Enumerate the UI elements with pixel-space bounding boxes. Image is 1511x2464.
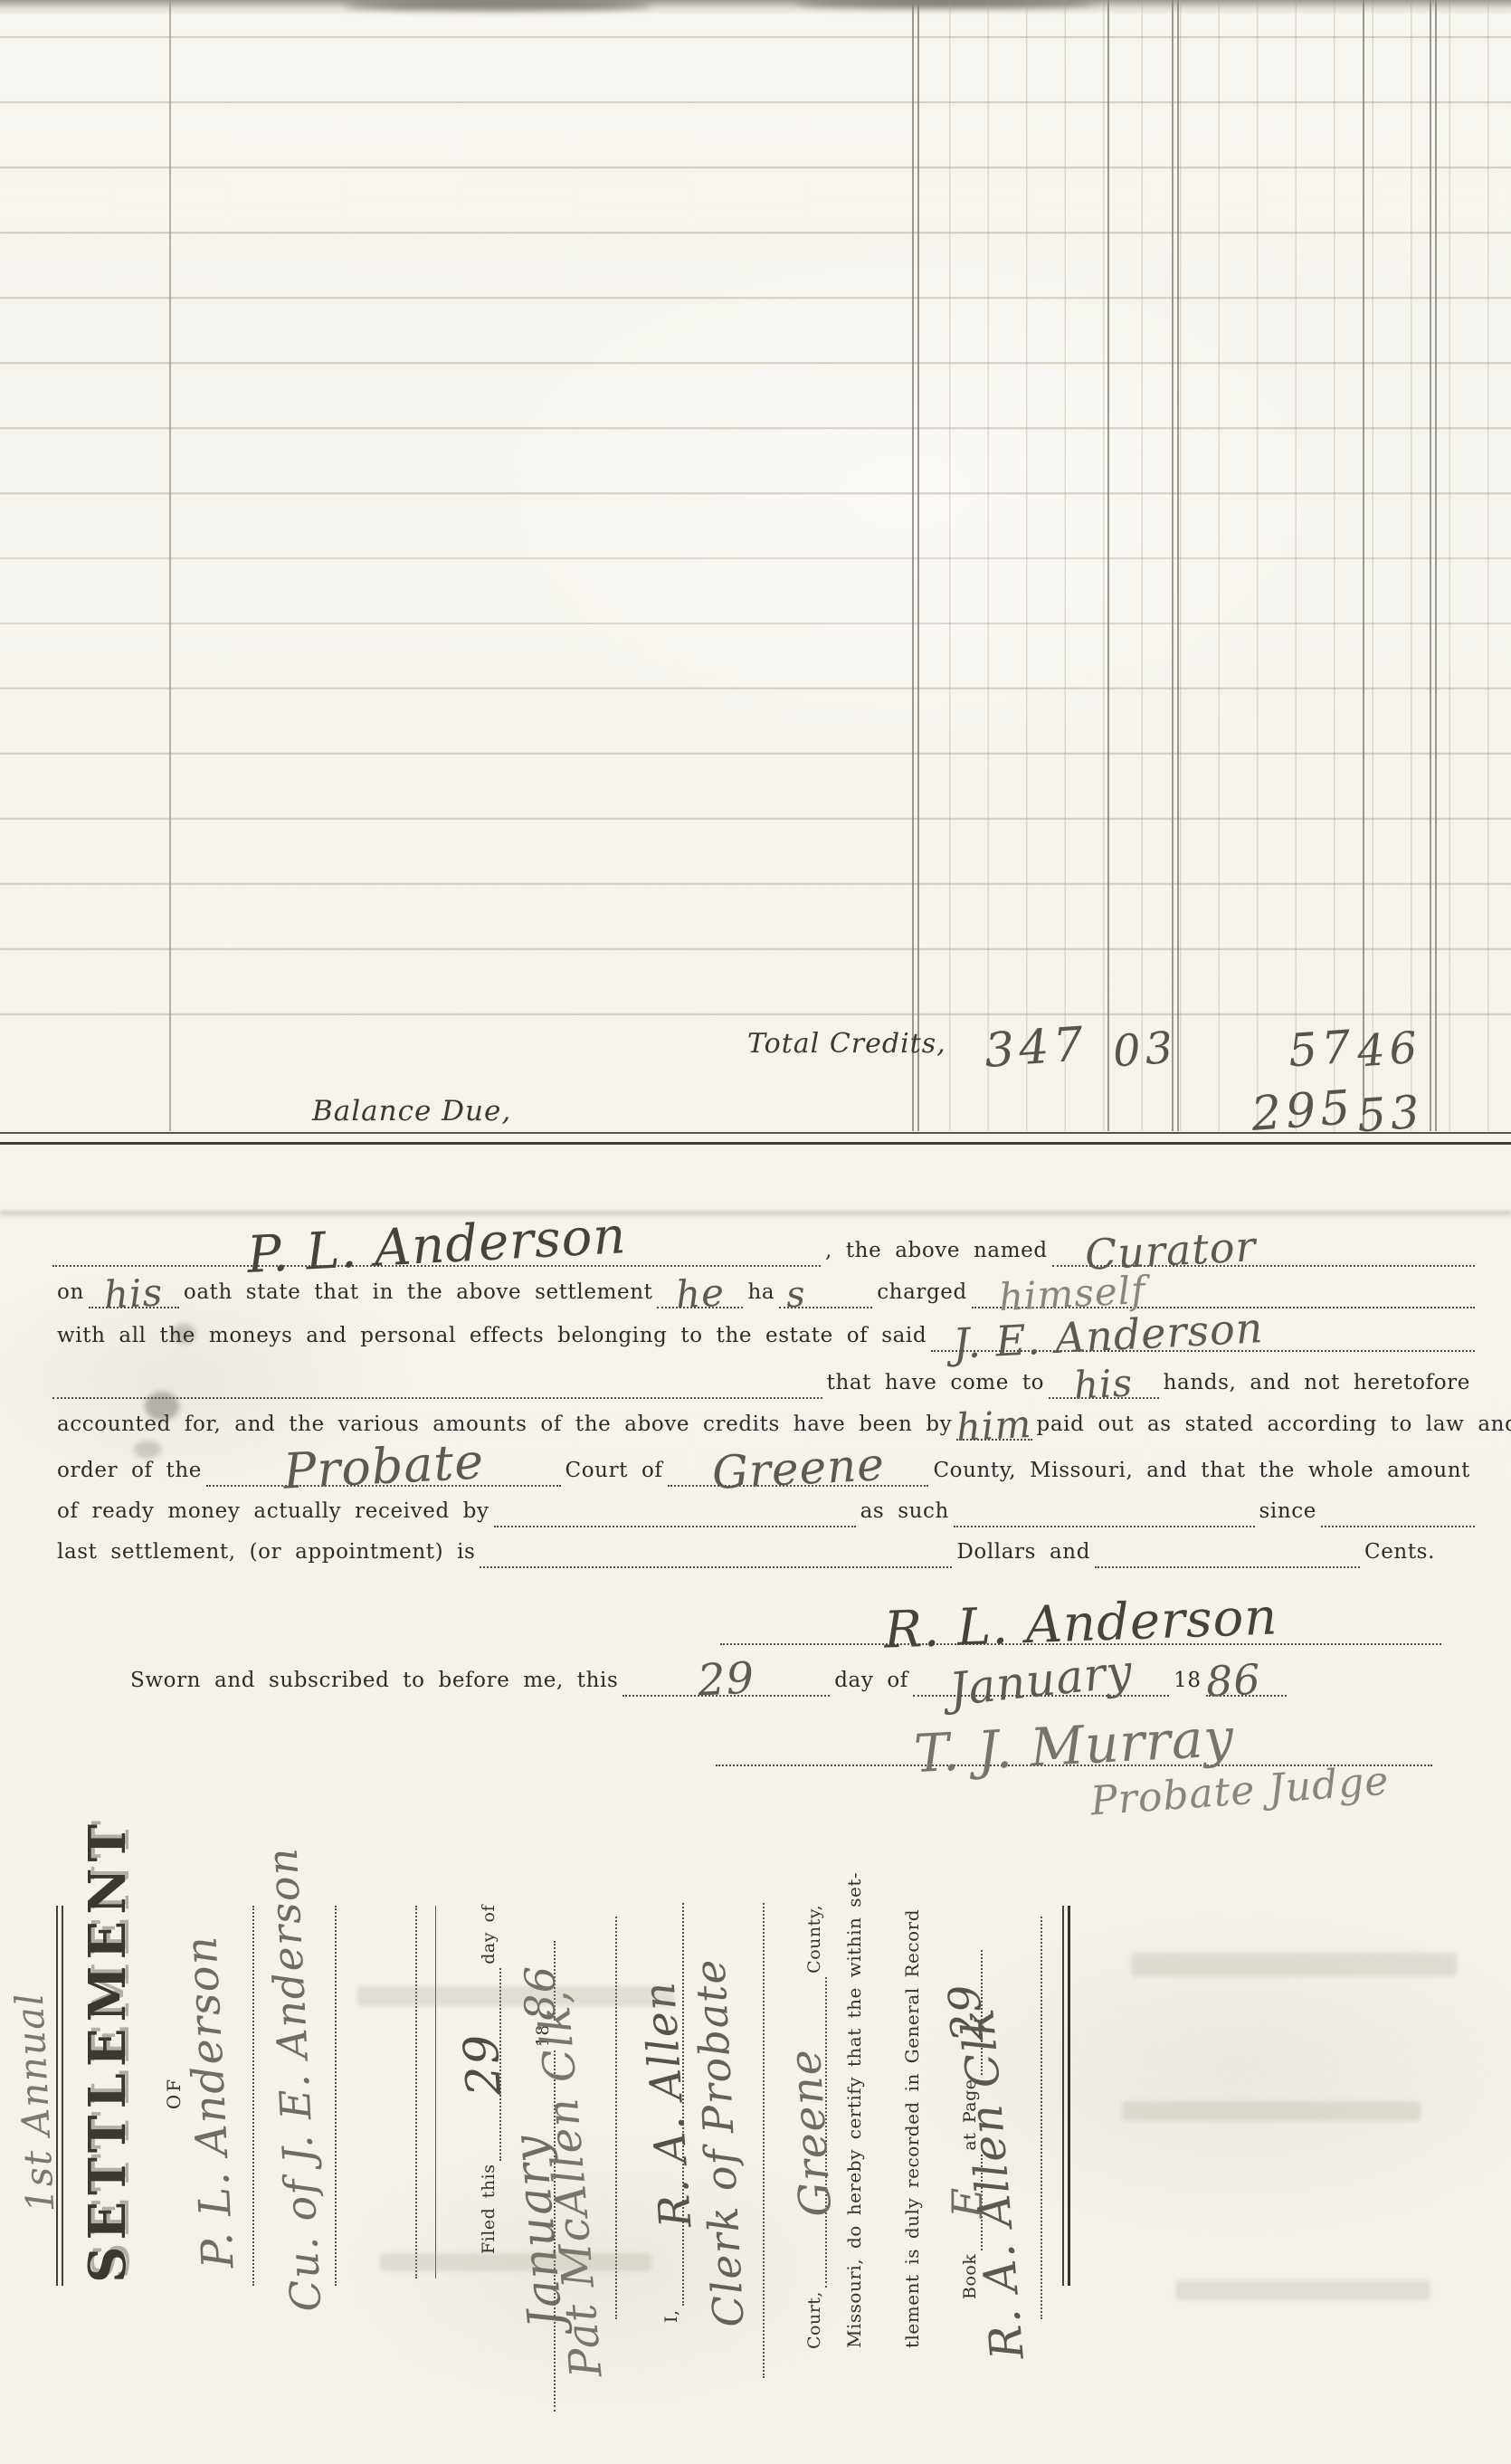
hw-docket-name-text: P. L. Anderson — [179, 1935, 240, 2270]
total-credits-col1-dollars: 347 — [983, 1017, 1089, 1079]
balance-due-dollars: 295 — [1250, 1080, 1356, 1142]
printed-day-of: day of — [830, 1669, 913, 1697]
balance-due-label: Balance Due, — [312, 1095, 511, 1127]
ledger-column-line — [1430, 0, 1431, 1131]
printed-last-settlement: last settlement, (or appointment) is — [52, 1540, 480, 1568]
hw-judge-signature: T. J. Murray — [913, 1711, 1236, 1780]
affidavit-line-1: P. L. Anderson , the above named Curator — [52, 1200, 1475, 1267]
printed-county: County, — [804, 1901, 827, 1977]
hw-annotation: 1st Annual — [16, 1930, 54, 2274]
fill-sworn-month: January — [913, 1650, 1169, 1697]
hw-sworn-year: 86 — [1204, 1658, 1261, 1702]
hw-recorder-signature-text: R. A. Allen Clk — [955, 2005, 1031, 2361]
fill-estate-name: J. E. Anderson — [931, 1308, 1475, 1352]
docket-divider-dotted — [415, 1906, 417, 2278]
dotted-fill — [1095, 1561, 1360, 1568]
balance-due-cents: 53 — [1355, 1086, 1425, 1143]
printed-sworn: Sworn and subscribed to before me, this — [126, 1669, 622, 1697]
docket-bottom-rule — [1062, 1906, 1070, 2286]
total-credits-col1-cents: 03 — [1111, 1023, 1179, 1078]
ledger-column-line — [1172, 0, 1174, 1131]
fill-judge-signature: T. J. Murray — [716, 1712, 1432, 1766]
docket-capacity-line — [335, 1906, 337, 2286]
hw-sworn-day: 29 — [697, 1656, 756, 1702]
ledger-column-line — [1363, 0, 1364, 1131]
cert-line-1: Missouri, do hereby certify that the wit… — [843, 1896, 865, 2348]
clerk-title-line — [763, 1903, 765, 2378]
docket-rotated-content: 1st Annual SETTLEMENT OF P. L. Anderson … — [27, 1858, 1086, 2464]
hw-docket-name: P. L. Anderson — [188, 1921, 232, 2283]
docket-top-rule — [56, 1906, 63, 2286]
bleed-through-mark — [1131, 1953, 1457, 1976]
affidavit-line-6: order of the Probate Court of Greene Cou… — [52, 1432, 1475, 1487]
total-credits-label: Total Credits, — [747, 1028, 946, 1060]
fill-affiant-signature: R. L. Anderson — [720, 1593, 1441, 1645]
fill-sworn-year: 86 — [1206, 1653, 1287, 1697]
bleed-through-mark — [1176, 2280, 1430, 2300]
judge-title: Probate Judge — [1090, 1772, 1390, 1812]
printed-court: Court, — [804, 2288, 827, 2353]
ledger-fine-grid — [912, 0, 1498, 1131]
fill-sworn-day: 29 — [622, 1651, 830, 1697]
bleed-through-mark — [357, 1986, 674, 2006]
fill-cert-clerk-name: R. A. Allen — [639, 1903, 684, 2306]
hw-docket-capacity-text: Cu. of J. E. Anderson — [261, 1846, 328, 2313]
printed-i: I, — [661, 2306, 684, 2326]
hw-clerk-title-text: Clerk of Probate — [689, 1957, 749, 2328]
ledger-margin-line — [169, 0, 171, 1131]
ledger-column-line — [912, 0, 914, 1131]
docket-name-line — [252, 1906, 254, 2286]
judge-signature-row: T. J. Murray — [716, 1701, 1432, 1766]
printed-century: 18 — [1169, 1669, 1205, 1697]
hw-first-annual: 1st Annual — [11, 1991, 61, 2212]
docket-title: SETTLEMENT — [78, 1894, 138, 2283]
total-credits-col2-dollars: 57 — [1287, 1021, 1356, 1078]
cert-line-2: tlement is duly recorded in General Reco… — [901, 1896, 923, 2348]
hw-recorder-signature: R. A. Allen Clk — [970, 1921, 1015, 2446]
fill-cert-county: Greene — [782, 1977, 827, 2288]
bleed-through-mark — [380, 2253, 651, 2271]
printed-filed-day-of: day of — [479, 1901, 501, 1968]
hw-cert-county: Greene — [784, 2047, 839, 2218]
sworn-row: Sworn and subscribed to before me, this … — [126, 1650, 1287, 1697]
ledger-column-line — [1435, 0, 1437, 1131]
docket-divider-solid — [435, 1906, 436, 2278]
hw-clerk-title: Clerk of Probate — [698, 1903, 740, 2383]
printed-dollars-and: Dollars and — [952, 1540, 1095, 1568]
fill-probate: Probate — [206, 1436, 561, 1487]
docket-panel: 1st Annual SETTLEMENT OF P. L. Anderson … — [27, 1858, 1086, 2464]
document-page: Total Credits, 347 03 57 46 Balance Due,… — [0, 0, 1511, 2464]
dotted-fill — [480, 1561, 952, 1568]
total-credits-col2-cents: 46 — [1355, 1023, 1423, 1078]
ledger-column-line — [917, 0, 919, 1131]
ledger-column-line — [1107, 0, 1109, 1131]
bleed-through-mark — [1122, 2101, 1421, 2121]
ledger-column-line — [1177, 0, 1179, 1131]
filed-row: Filed this 29 day of — [460, 1901, 501, 2258]
affidavit-line-3: with all the moneys and personal effects… — [52, 1301, 1475, 1352]
affidavit-line-8: last settlement, (or appointment) is Dol… — [52, 1521, 1440, 1568]
court-county-row: Court, Greene County, — [785, 1901, 827, 2353]
recorder-signature-line — [1041, 1917, 1042, 2319]
printed-filed-this: Filed this — [479, 2161, 501, 2258]
hw-affiant-signature: R. L. Anderson — [883, 1592, 1278, 1656]
hw-filed-day: 29 — [458, 2031, 509, 2098]
printed-cents: Cents. — [1360, 1540, 1440, 1568]
hw-docket-capacity: Cu. of J. E. Anderson — [273, 1896, 315, 2312]
affiant-signature-row: R. L. Anderson — [720, 1584, 1441, 1645]
